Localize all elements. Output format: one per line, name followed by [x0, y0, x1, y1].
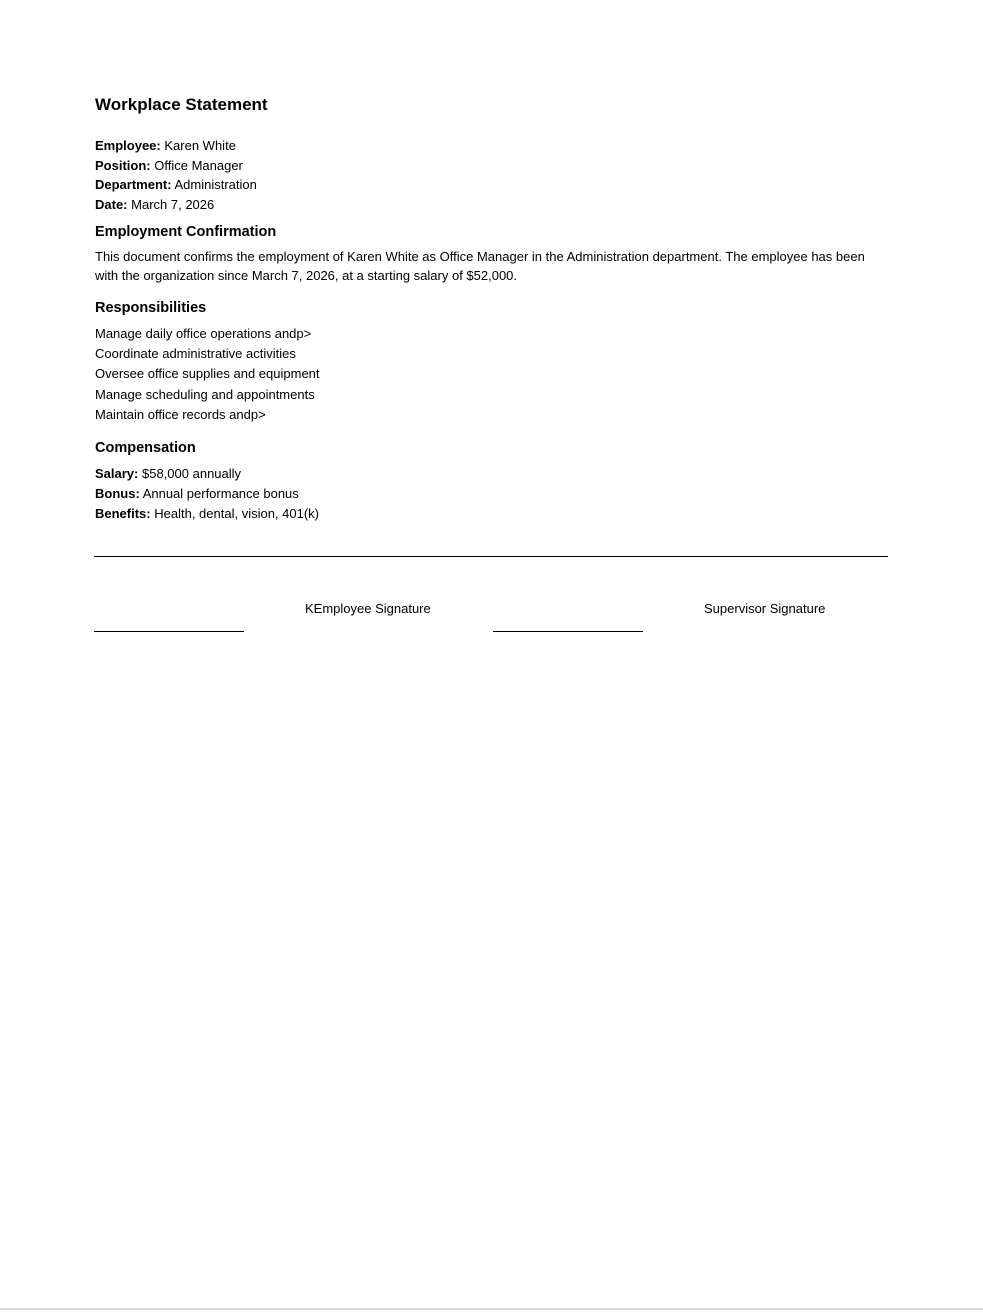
document-content: Workplace Statement Employee: Karen Whit… — [95, 94, 888, 525]
meta-label: Position: — [95, 158, 151, 173]
meta-position: Position: Office Manager — [95, 156, 888, 176]
comp-label: Benefits: — [95, 506, 151, 521]
meta-label: Employee: — [95, 138, 161, 153]
compensation-bonus: Bonus: Annual performance bonus — [95, 484, 888, 504]
employee-signature-line — [94, 631, 244, 632]
section-heading: Responsibilities — [95, 298, 888, 318]
comp-value: Annual performance bonus — [143, 486, 299, 501]
list-item: Oversee office supplies and equipment — [95, 364, 888, 384]
compensation-list: Salary: $58,000 annually Bonus: Annual p… — [95, 464, 888, 525]
compensation-section: Compensation Salary: $58,000 annually Bo… — [95, 438, 888, 525]
compensation-salary: Salary: $58,000 annually — [95, 464, 888, 484]
confirmation-paragraph: This document confirms the employment of… — [95, 248, 888, 285]
responsibilities-section: Responsibilities Manage daily office ope… — [95, 298, 888, 425]
meta-value: Administration — [174, 177, 256, 192]
responsibilities-list: Manage daily office operations andp> Coo… — [95, 324, 888, 425]
meta-label: Department: — [95, 177, 172, 192]
meta-employee: Employee: Karen White — [95, 136, 888, 156]
document-page: Workplace Statement Employee: Karen Whit… — [0, 0, 983, 1310]
meta-date: Date: March 7, 2026 — [95, 195, 888, 215]
comp-value: Health, dental, vision, 401(k) — [154, 506, 319, 521]
paragraph-line: with the organization since March 7, 202… — [95, 267, 888, 286]
comp-label: Salary: — [95, 466, 138, 481]
meta-label: Date: — [95, 197, 128, 212]
document-title: Workplace Statement — [95, 94, 888, 116]
employee-signature-label: KEmployee Signature — [305, 601, 431, 617]
meta-department: Department: Administration — [95, 175, 888, 195]
paragraph-line: This document confirms the employment of… — [95, 248, 888, 267]
employment-confirmation-section: Employment Confirmation This document co… — [95, 222, 888, 285]
section-heading: Employment Confirmation — [95, 222, 888, 242]
list-item: Coordinate administrative activities — [95, 344, 888, 364]
supervisor-signature-line — [493, 631, 643, 632]
supervisor-signature-label: Supervisor Signature — [704, 601, 825, 617]
list-item: Maintain office records andp> — [95, 405, 888, 425]
compensation-benefits: Benefits: Health, dental, vision, 401(k) — [95, 504, 888, 524]
horizontal-divider — [94, 556, 888, 557]
comp-value: $58,000 annually — [142, 466, 241, 481]
meta-value: March 7, 2026 — [131, 197, 214, 212]
meta-value: Karen White — [164, 138, 236, 153]
list-item: Manage daily office operations andp> — [95, 324, 888, 344]
section-heading: Compensation — [95, 438, 888, 458]
employee-meta: Employee: Karen White Position: Office M… — [95, 136, 888, 214]
meta-value: Office Manager — [154, 158, 243, 173]
comp-label: Bonus: — [95, 486, 140, 501]
list-item: Manage scheduling and appointments — [95, 385, 888, 405]
